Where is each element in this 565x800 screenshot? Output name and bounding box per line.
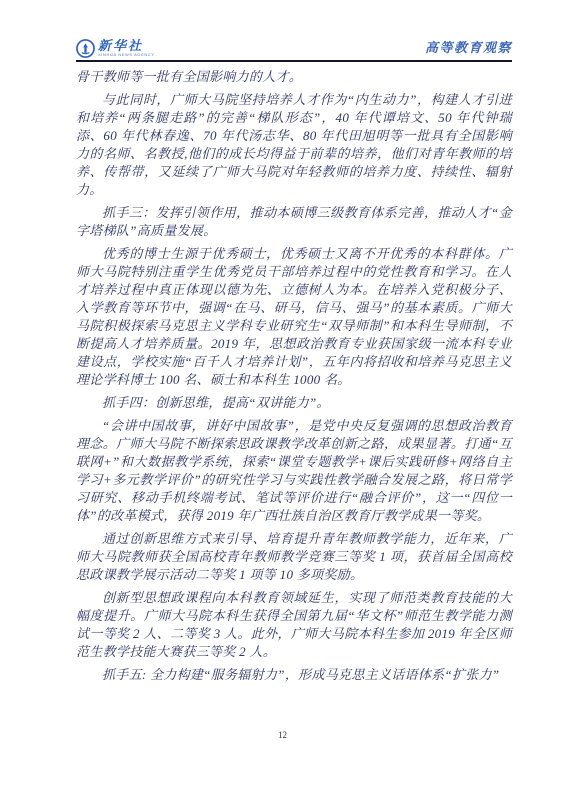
header-divider [76,60,512,62]
paragraph: 抓手三：发挥引领作用，推动本硕博三级教育体系完善，推动人才“金字塔梯队”高质量发… [76,204,512,240]
page-header: 新华社 XINHUA NEWS AGENCY 高等教育观察 [76,34,512,58]
logo-name: 新华社 [98,40,155,52]
xinhua-emblem-icon [76,39,95,58]
section-title: 高等教育观察 [425,37,512,58]
paragraph: 骨干教师等一批有全国影响力的人才。 [76,68,512,86]
paragraph: 与此同时，广师大马院坚持培养人才作为“内生动力”，构建人才引进和培养“两条腿走路… [76,91,512,199]
paragraph: 抓手五: 全力构建“服务辐射力”，形成马克思主义话语体系“扩张力” [76,666,512,684]
paragraph: 创新型思想政课程向本科教育领域延生，实现了师范类教育技能的大幅度提升。广师大马院… [76,589,512,661]
page-number: 12 [0,730,565,740]
xinhua-logo: 新华社 XINHUA NEWS AGENCY [76,39,155,58]
paragraph: “会讲中国故事，讲好中国故事”，是党中央反复强调的思想政治教育理念。广师大马院不… [76,417,512,525]
logo-caption: XINHUA NEWS AGENCY [98,53,155,57]
paragraph: 抓手四：创新思维，提高“双讲能力”。 [76,394,512,412]
paragraph: 优秀的博士生源于优秀硕士，优秀硕士又离不开优秀的本科群体。广师大马院特别注重学生… [76,245,512,389]
body-paragraphs: 骨干教师等一批有全国影响力的人才。与此同时，广师大马院坚持培养人才作为“内生动力… [76,68,512,684]
logo-text-wrap: 新华社 XINHUA NEWS AGENCY [98,40,155,57]
document-page: 新华社 XINHUA NEWS AGENCY 高等教育观察 骨干教师等一批有全国… [0,0,565,800]
paragraph: 通过创新思维方式来引导、培育提升青年教师教学能力，近年来，广师大马院教师获全国高… [76,530,512,584]
